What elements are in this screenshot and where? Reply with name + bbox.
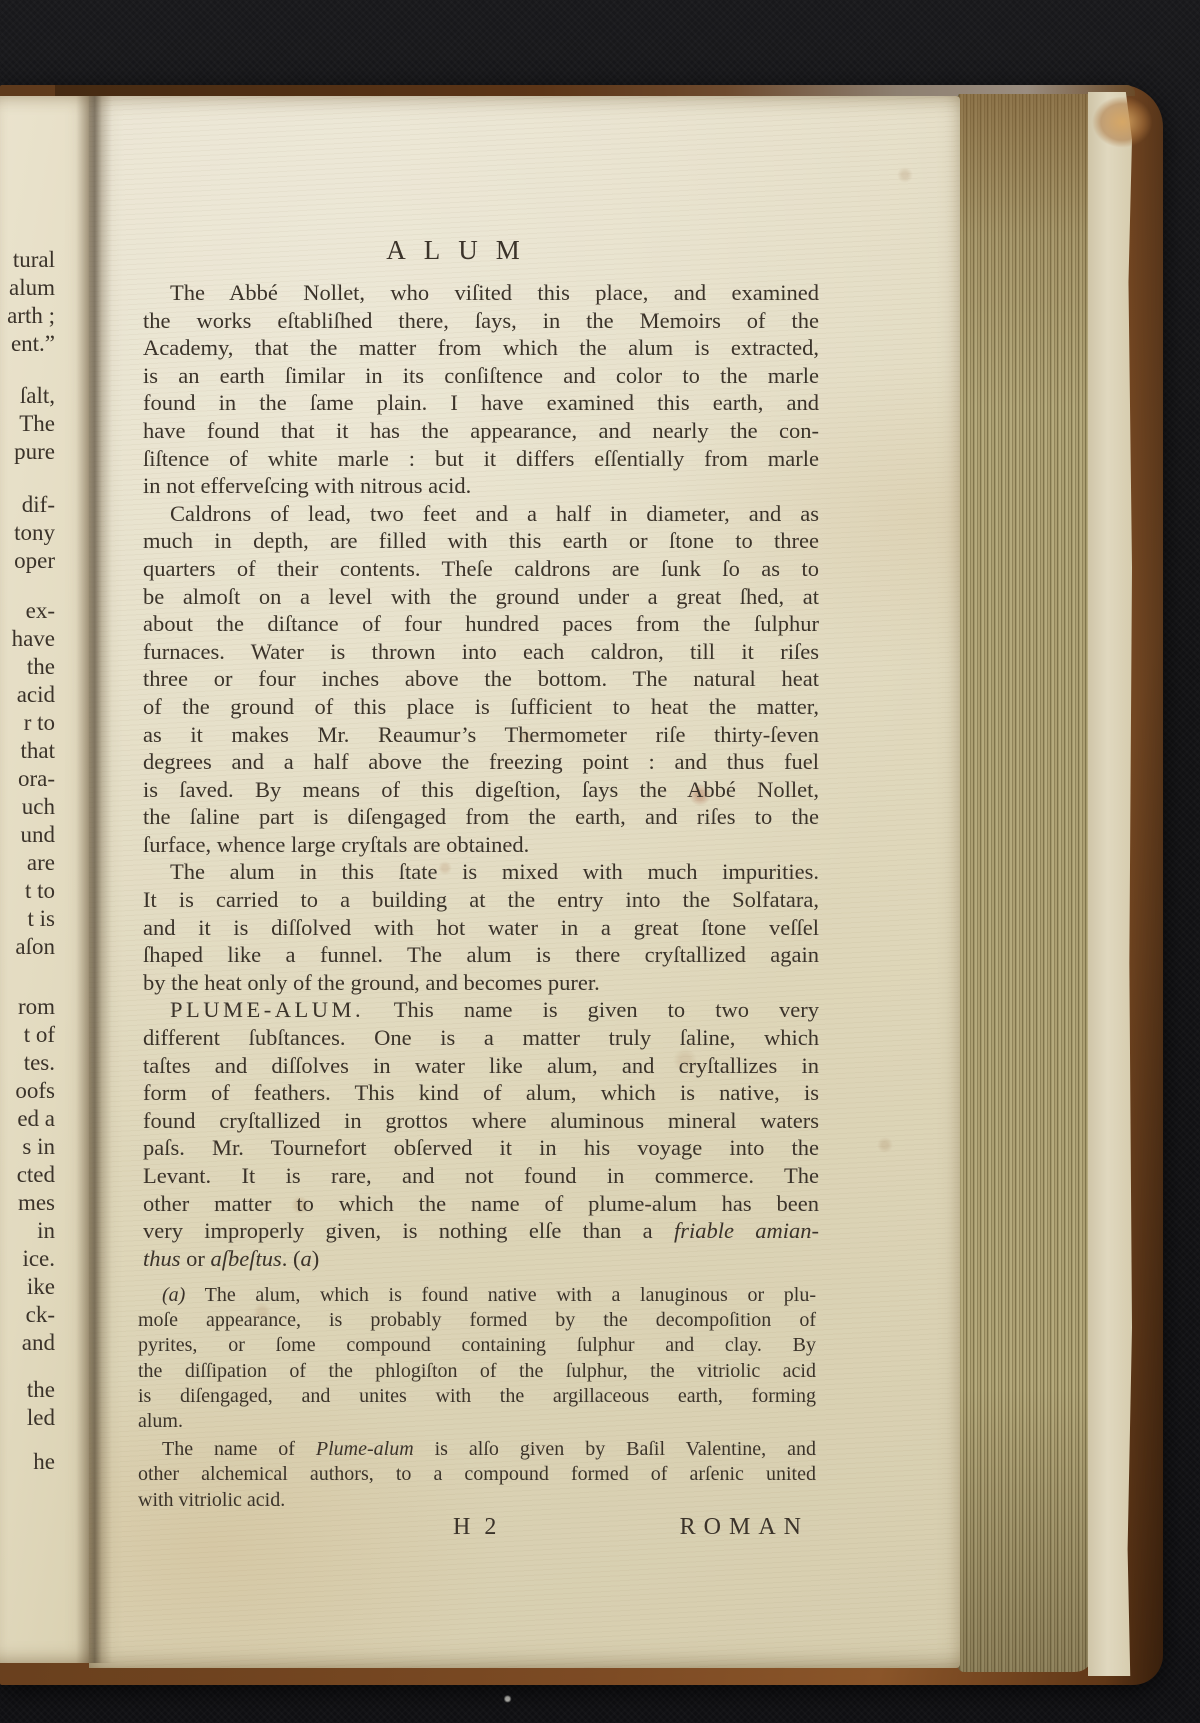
text-line: the ſaline part is diſengaged from the e…: [143, 803, 819, 831]
text-line: ſhaped like a funnel. The alum is there …: [143, 941, 819, 969]
paragraph: The Abbé Nollet, who viſited this place,…: [143, 279, 819, 500]
left-page-text-fragment: tural: [7, 246, 55, 274]
left-page-text-fragment: ora-: [12, 765, 55, 793]
text-line: paſs. Mr. Tournefort obſerved it in his …: [143, 1134, 819, 1162]
left-page-text-fragment: dif-: [14, 491, 55, 519]
text-line: form of feathers. This kind of alum, whi…: [143, 1079, 819, 1107]
paragraph: Caldrons of lead, two feet and a half in…: [143, 500, 819, 859]
left-page-text-fragment: t of: [15, 1021, 55, 1049]
left-page-fragment-group: he: [33, 1448, 55, 1476]
text-line: is ſaved. By means of this digeſtion, ſa…: [143, 776, 819, 804]
text-line: as it makes Mr. Reaumur’s Thermometer ri…: [143, 721, 819, 749]
photo-background: { "page": { "header": "ALUM", "paragraph…: [0, 0, 1200, 1723]
text-line: It is carried to a building at the entry…: [143, 886, 819, 914]
left-page-text-fragment: the: [12, 653, 55, 681]
book-gutter-shadow: [76, 96, 112, 1663]
left-page-text-fragment: The: [14, 410, 55, 438]
text-line: The name of Plume-alum is alſo given by …: [138, 1437, 816, 1462]
text-line: be almoſt on a level with the ground und…: [143, 583, 819, 611]
text-line: quarters of their contents. Theſe caldro…: [143, 555, 819, 583]
text-line: is diſengaged, and unites with the argil…: [138, 1384, 816, 1409]
text-line: Caldrons of lead, two feet and a half in…: [143, 500, 819, 528]
text-line: different ſubſtances. One is a matter tr…: [143, 1024, 819, 1052]
left-page-fragment-group: romt oftes.oofsed as inctedmesinice.ikec…: [15, 993, 55, 1357]
endpaper-edge: [1088, 92, 1132, 1676]
left-page-fragment-group: turalalumarth ;ent.”: [7, 246, 55, 358]
text-line: thus or aſbeſtus. (a): [143, 1245, 819, 1273]
left-page-text-fragment: cted: [15, 1161, 55, 1189]
text-line: ſurface, whence large cryſtals are obtai…: [143, 831, 819, 859]
left-page-text-fragment: pure: [14, 438, 55, 466]
left-page-text-fragment: in: [15, 1217, 55, 1245]
left-page-text-fragment: that: [12, 737, 55, 765]
text-line: taſtes and diſſolves in water like alum,…: [143, 1052, 819, 1080]
text-line: (a) The alum, which is found native with…: [138, 1283, 816, 1308]
left-page-text-fragment: ex-: [12, 597, 55, 625]
body-text: The Abbé Nollet, who viſited this place,…: [143, 279, 819, 1272]
text-line: found cryſtallized in grottos where alum…: [143, 1107, 819, 1135]
left-page-text-fragment: uch: [12, 793, 55, 821]
left-page-text-fragment: ed a: [15, 1105, 55, 1133]
page-title: ALUM: [123, 235, 783, 266]
text-line: moſe appearance, is probably formed by t…: [138, 1308, 816, 1333]
text-line: degrees and a half above the freezing po…: [143, 748, 819, 776]
left-page-text-fragment: ice.: [15, 1245, 55, 1273]
text-line: by the heat only of the ground, and beco…: [143, 969, 819, 997]
left-page-text-fragment: r to: [12, 709, 55, 737]
left-page-text-fragment: und: [12, 821, 55, 849]
paragraph: (a) The alum, which is found native with…: [138, 1283, 816, 1434]
book-fore-edge-pages: [958, 94, 1093, 1672]
left-page-text-fragment: t to: [12, 877, 55, 905]
left-page-text-fragment: alum: [7, 274, 55, 302]
text-line: three or four inches above the bottom. T…: [143, 665, 819, 693]
text-line: other alchemical authors, to a compound …: [138, 1462, 816, 1487]
left-page-fragment-group: ſalt,Thepure: [14, 382, 55, 466]
text-line: other matter to which the name of plume-…: [143, 1190, 819, 1218]
left-page-text-fragment: rom: [15, 993, 55, 1021]
text-line: very improperly given, is nothing elſe t…: [143, 1217, 819, 1245]
text-line: Academy, that the matter from which the …: [143, 334, 819, 362]
left-page-text-fragment: ent.”: [7, 330, 55, 358]
left-page-text-fragment: arth ;: [7, 302, 55, 330]
photograph-scene: turalalumarth ;ent.”ſalt,Thepuredif-tony…: [0, 0, 1200, 1723]
paragraph: The alum in this ſtate is mixed with muc…: [143, 858, 819, 996]
signature-line: H 2 ROMAN: [143, 1514, 819, 1546]
book: turalalumarth ;ent.”ſalt,Thepuredif-tony…: [0, 85, 1163, 1685]
signature-mark: H 2: [453, 1514, 500, 1541]
left-page-text-fragment: have: [12, 625, 55, 653]
left-page-text-fragment: he: [33, 1448, 55, 1476]
left-page-text-fragment: ſalt,: [14, 382, 55, 410]
left-page-text-fragment: led: [27, 1404, 55, 1432]
text-line: The alum in this ſtate is mixed with muc…: [143, 858, 819, 886]
left-page-text-fragment: the: [27, 1376, 55, 1404]
text-line: about the diſtance of four hundred paces…: [143, 610, 819, 638]
text-line: Levant. It is rare, and not found in com…: [143, 1162, 819, 1190]
text-line: is an earth ſimilar in its conſiſtence a…: [143, 362, 819, 390]
paragraph: PLUME-ALUM. This name is given to two ve…: [143, 996, 819, 1272]
text-line: PLUME-ALUM. This name is given to two ve…: [143, 996, 819, 1024]
left-page-text-fragment: t is: [12, 905, 55, 933]
left-page-text-fragment: oofs: [15, 1077, 55, 1105]
text-line: alum.: [138, 1409, 816, 1434]
left-page-text-fragment: and: [15, 1329, 55, 1357]
text-line: with vitriolic acid.: [138, 1488, 816, 1513]
text-line: much in depth, are filled with this eart…: [143, 527, 819, 555]
text-line: have found that it has the appearance, a…: [143, 417, 819, 445]
left-page-text-fragment: oper: [14, 547, 55, 575]
right-page: ALUM The Abbé Nollet, who viſited this p…: [89, 96, 960, 1668]
text-line: the diſſipation of the phlogiſton of the…: [138, 1359, 816, 1384]
left-page-text-fragment: tes.: [15, 1049, 55, 1077]
text-line: in not efferveſcing with nitrous acid.: [143, 472, 819, 500]
left-page-text-fragment: tony: [14, 519, 55, 547]
text-line: The Abbé Nollet, who viſited this place,…: [143, 279, 819, 307]
left-page-text-fragment: acid: [12, 681, 55, 709]
text-line: pyrites, or ſome compound containing ſul…: [138, 1333, 816, 1358]
left-page-fragment-group: dif-tonyoper: [14, 491, 55, 575]
footnotes: (a) The alum, which is found native with…: [138, 1283, 816, 1513]
left-page-text-fragment: s in: [15, 1133, 55, 1161]
left-page-text-fragment: aſon: [12, 933, 55, 961]
text-line: found in the ſame plain. I have examined…: [143, 389, 819, 417]
left-page-fragment-group: ex-havetheacidr tothatora-uchundaret tot…: [12, 597, 55, 961]
text-line: and it is diſſolved with hot water in a …: [143, 914, 819, 942]
left-page-text-fragment: ck-: [15, 1301, 55, 1329]
paragraph: The name of Plume-alum is alſo given by …: [138, 1437, 816, 1513]
text-line: of the ground of this place is ſufficien…: [143, 693, 819, 721]
text-line: ſiſtence of white marle : but it differs…: [143, 445, 819, 473]
text-line: the works eſtabliſhed there, ſays, in th…: [143, 307, 819, 335]
text-line: furnaces. Water is thrown into each cald…: [143, 638, 819, 666]
left-page-text-fragment: are: [12, 849, 55, 877]
catchword: ROMAN: [680, 1514, 809, 1541]
left-page-fragment-group: theled: [27, 1376, 55, 1432]
left-page-text-fragment: ike: [15, 1273, 55, 1301]
left-page-text-fragment: mes: [15, 1189, 55, 1217]
